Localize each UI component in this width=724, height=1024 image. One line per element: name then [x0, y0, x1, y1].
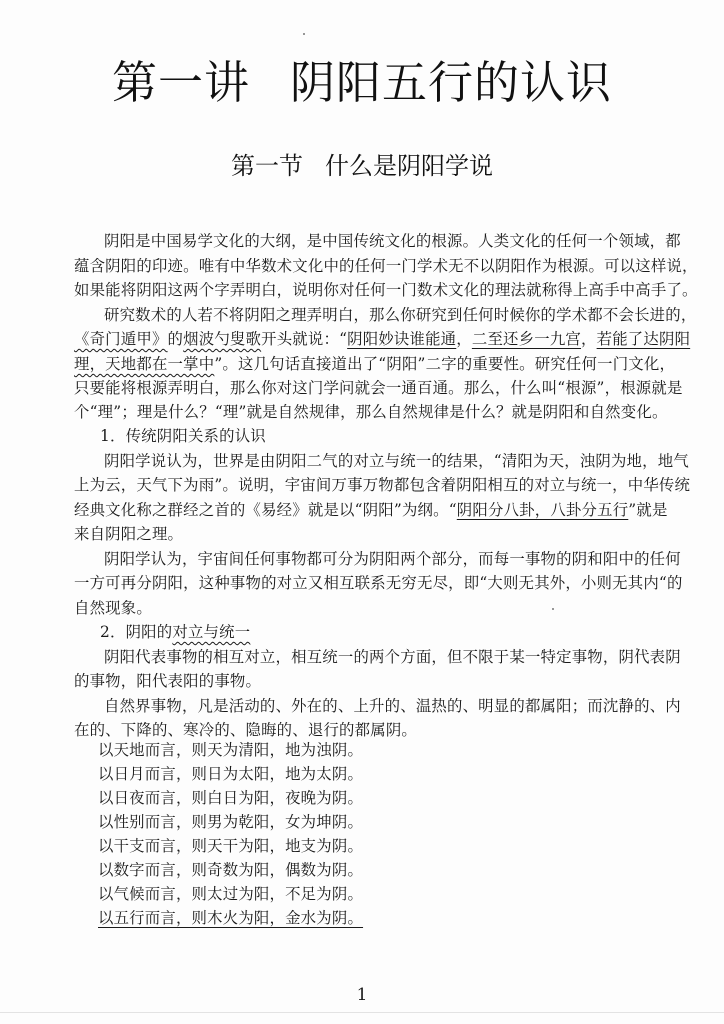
underlined-text: 阴阳妙诀谁能通 [347, 330, 456, 348]
paragraph-line: 蕴含阴阳的印迹。唯有中华数术文化中的任何一门学术无不以阴阳作为根源。可以这样说， [74, 256, 664, 276]
list-item-underlined: 以五行而言，则木火为阳，金水为阴。 [98, 908, 688, 928]
lecture-topic: 阴阳五行的认识 [290, 56, 612, 109]
lecture-number: 第一讲 [112, 56, 250, 109]
underlined-text: 理，天地都在一掌中 [74, 355, 214, 373]
paragraph-line: 自然现象。 [74, 598, 664, 618]
paragraph-line: 阴阳是中国易学文化的大纲，是中国传统文化的根源。人类文化的任何一个领域，都 [104, 231, 664, 251]
underlined-text: 对立与统一 [172, 623, 250, 641]
list-item: 以性别而言，则男为乾阳，女为坤阴。 [98, 812, 688, 832]
paragraph-line: 自然界事物，凡是活动的、外在的、上升的、温热的、明显的都属阳；而沈静的、内 [104, 696, 664, 716]
paragraph-line-annotated: 理，天地都在一掌中”。这几句话直接道出了“阴阳”二字的重要性。研究任何一门文化， [74, 354, 664, 374]
list-item: 以气候而言，则太过为阳，不足为阴。 [98, 884, 688, 904]
section-topic: 什么是阴阳学说 [325, 152, 493, 180]
paragraph-line: 在的、下降的、寒冷的、隐晦的、退行的都属阴。 [74, 720, 664, 740]
section-number: 第一节 [231, 152, 303, 180]
underlined-text: 烟波勺叟歌 [183, 330, 261, 348]
page-number: 1 [0, 985, 724, 1005]
paragraph-line: 上为云，天气下为雨”。说明，宇宙间万事万物都包含着阴阳相互的对立与统一，中华传统 [74, 475, 664, 495]
underlined-text: 若能了达阴阳 [597, 330, 691, 348]
scan-speck [552, 608, 554, 610]
paragraph-line: 阴阳学认为，宇宙间任何事物都可分为阴阳两个部分，而每一事物的阴和阳中的任何 [104, 549, 664, 569]
list-item: 以天地而言，则天为清阳，地为浊阴。 [98, 740, 688, 760]
underlined-text: 二至还乡一九宫 [472, 330, 581, 348]
subheading: 1．传统阴阳关系的认识 [100, 426, 690, 446]
paragraph-line: 研究数术的人若不将阴阳之理弄明白，那么你研究到任何时候你的学术都不会长进的， [104, 305, 664, 325]
subheading: 2．阴阳的对立与统一 [100, 622, 690, 642]
list-item: 以数字而言，则奇数为阳，偶数为阴。 [98, 860, 688, 880]
paragraph-line: 的事物，阳代表阳的事物。 [74, 671, 664, 691]
list-item: 以日月而言，则日为太阳，地为太阴。 [98, 764, 688, 784]
paragraph-line: 个“理”；理是什么？“理”就是自然规律，那么自然规律是什么？就是阴阳和自然变化。 [74, 402, 664, 422]
paragraph-line: 一方可再分阴阳，这种事物的对立又相互联系无穷无尽，即“大则无其外，小则无其内“的 [74, 573, 664, 593]
paragraph-line: 阴阳代表事物的相互对立，相互统一的两个方面，但不限于某一特定事物，阴代表阴 [104, 647, 664, 667]
paragraph-line-annotated: 《奇门遁甲》的烟波勺叟歌开头就说：“阴阳妙诀谁能通，二至还乡一九宫，若能了达阴阳 [74, 329, 664, 349]
page-edge-divider [0, 1012, 724, 1013]
paragraph-line: 如果能将阴阳这两个字弄明白，说明你对任何一门数术文化的理法就称得上高手中高手了。 [74, 280, 664, 300]
document-page: 第一讲阴阳五行的认识 第一节什么是阴阳学说 阴阳是中国易学文化的大纲，是中国传统… [0, 0, 724, 1024]
lecture-title: 第一讲阴阳五行的认识 [0, 46, 724, 111]
paragraph-line: 阴阳学说认为，世界是由阴阳二气的对立与统一的结果，“清阳为天，浊阴为地，地气 [104, 451, 664, 471]
list-item: 以干支而言，则天干为阳，地支为阴。 [98, 836, 688, 856]
scan-speck [636, 648, 638, 650]
section-title: 第一节什么是阴阳学说 [0, 146, 724, 181]
list-item: 以日夜而言，则白日为阳，夜晚为阴。 [98, 788, 688, 808]
paragraph-line: 只要能将根源弄明白，那么你对这门学问就会一通百通。那么，什么叫“根源”，根源就是 [74, 378, 664, 398]
underlined-text: 以五行而言，则木火为阳，金水为阴。 [98, 909, 363, 927]
paragraph-line: 来自阴阳之理。 [74, 524, 664, 544]
paragraph-line-annotated: 经典文化称之群经之首的《易经》就是以“阴阳”为纲。“阴阳分八卦，八卦分五行”就是 [74, 500, 664, 520]
underlined-text: 阴阳分八卦，八卦分五行 [457, 501, 629, 519]
underlined-text: 《奇门遁甲》 [74, 330, 168, 348]
scan-speck [303, 33, 305, 35]
